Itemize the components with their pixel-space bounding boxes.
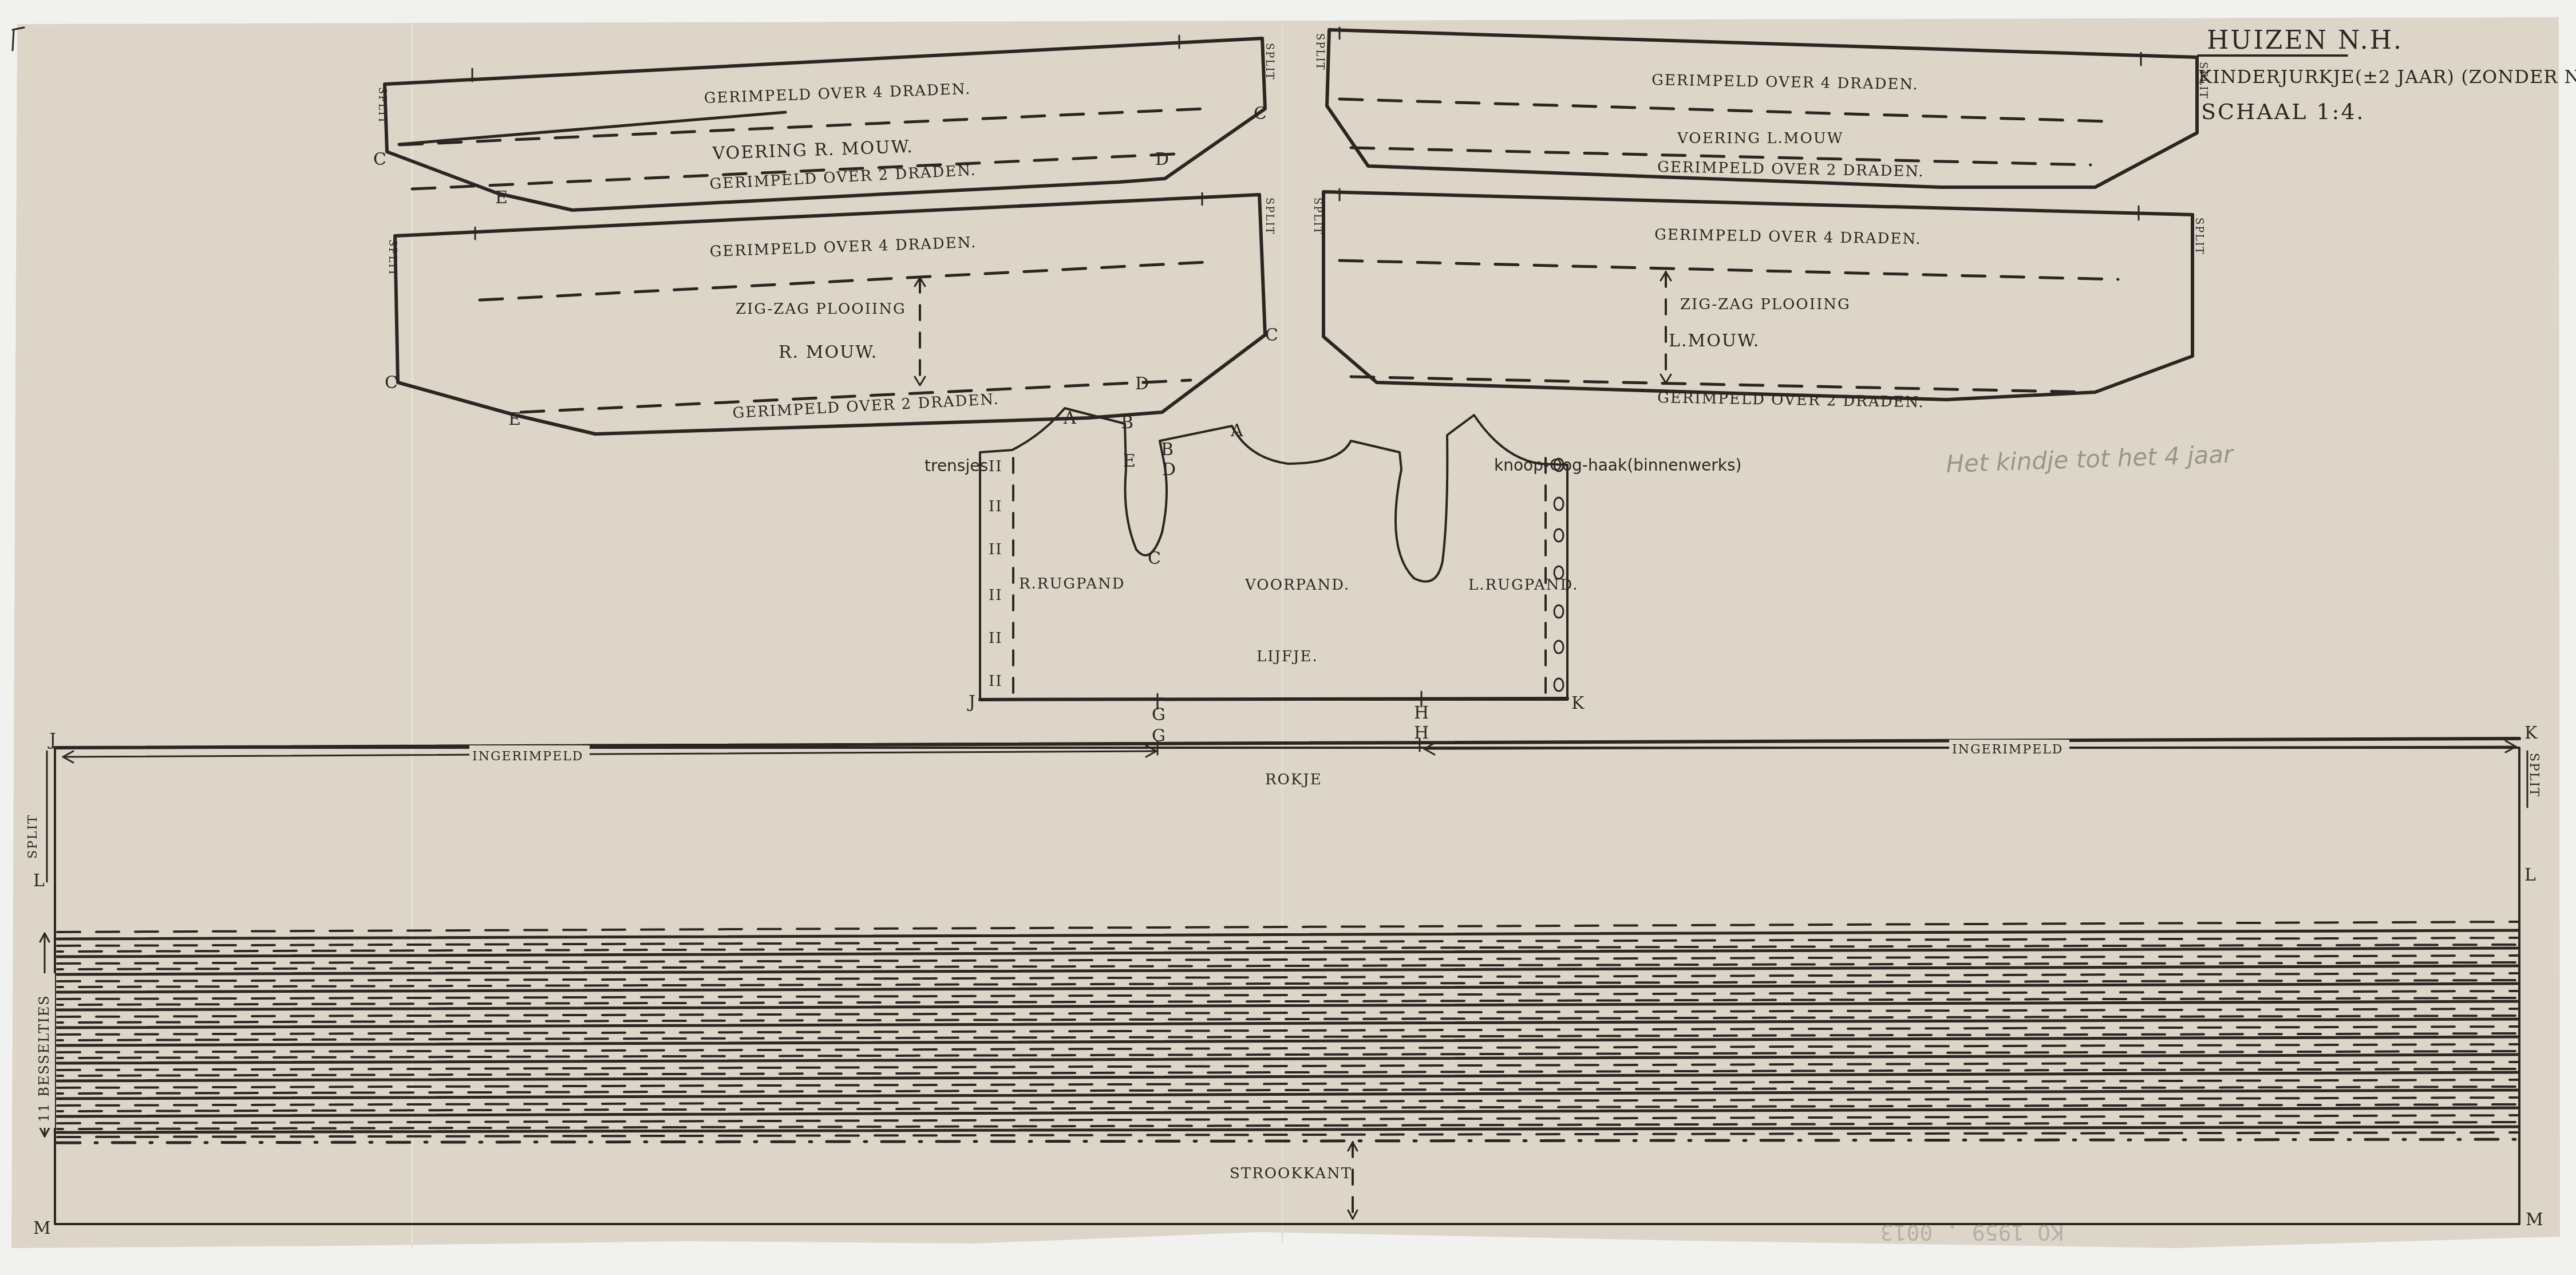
piece-name: L.MOUW. (1669, 331, 1760, 351)
point-d: D (1135, 374, 1149, 394)
piece-name: VOERING L.MOUW (1677, 130, 1843, 147)
point-k: K (2524, 723, 2538, 743)
loop-mark: II (989, 673, 1003, 690)
front-label: VOORPAND. (1244, 577, 1350, 594)
point-m: M (33, 1218, 51, 1238)
point-e: E (1123, 451, 1136, 471)
point-d: D (1162, 460, 1176, 480)
point-g: G (1152, 726, 1165, 746)
title-scale: SCHAAL 1:4. (2201, 99, 2365, 124)
split-label: SPLIT (1314, 33, 1326, 71)
piece-name: R. MOUW. (779, 342, 878, 362)
point-e: E (508, 409, 521, 429)
point-h: H (1414, 703, 1429, 723)
title-location: HUIZEN N.H. (2207, 26, 2403, 55)
point-j: J (967, 692, 975, 712)
closure-note: knoop-Oog-haak(binnenwerks) (1494, 456, 1742, 475)
loop-mark: II (989, 498, 1003, 515)
loops-label: trensjes (924, 456, 988, 475)
pattern-sheet: HUIZEN N.H. KINDERJURKJE(±2 JAAR) (ZONDE… (0, 0, 2576, 1275)
point-e: E (495, 188, 508, 208)
split-label: SPLIT (2197, 62, 2209, 100)
point-j: J (48, 730, 56, 750)
point-c: C (1254, 104, 1267, 124)
skirt-name: ROKJE (1265, 771, 1322, 788)
point-a: A (1063, 408, 1076, 428)
left-back-label: L.RUGPAND. (1468, 577, 1579, 594)
bodice-name: LIJFJE. (1257, 648, 1318, 665)
note-zigzag: ZIG-ZAG PLOOIING (736, 301, 906, 318)
point-l: L (33, 871, 45, 891)
point-h: H (1414, 723, 1429, 743)
split-label: SPLIT (376, 87, 388, 125)
note-zigzag: ZIG-ZAG PLOOIING (1680, 296, 1851, 313)
point-c: C (1148, 548, 1161, 569)
point-k: K (1571, 693, 1585, 713)
point-g: G (1152, 705, 1165, 725)
hem-label: STROOKKANT (1230, 1165, 1352, 1182)
gathered-label-right: INGERIMPELD (1952, 743, 2063, 757)
point-m: M (2526, 1210, 2543, 1230)
loop-mark: II (989, 587, 1003, 604)
split-label: SPLIT (2193, 218, 2205, 255)
split-label-left: SPLIT (26, 814, 40, 859)
stripes-label: 11 BESSELTIES (36, 994, 52, 1122)
point-b: B (1121, 413, 1133, 433)
split-label-right: SPLIT (2527, 753, 2541, 798)
point-c: C (1265, 325, 1278, 345)
point-b: B (1161, 440, 1174, 460)
loop-mark: II (989, 541, 1003, 558)
title-description: KINDERJURKJE(±2 JAAR) (ZONDER NADEN). (2198, 66, 2576, 88)
split-label: SPLIT (1263, 198, 1275, 235)
split-label: SPLIT (1311, 198, 1323, 235)
loop-mark: II (989, 630, 1003, 647)
split-label: SPLIT (386, 239, 398, 277)
point-c: C (385, 373, 398, 393)
point-d: D (1155, 149, 1169, 169)
point-a: A (1230, 421, 1243, 441)
point-l: L (2524, 865, 2536, 885)
loop-mark: II (989, 458, 1003, 475)
inventory-stamp: KO 1959 . 0013 (1880, 1220, 2064, 1245)
gathered-label-left: INGERIMPELD (472, 749, 583, 764)
split-label: SPLIT (1263, 43, 1275, 81)
point-c: C (373, 149, 386, 169)
right-back-label: R.RUGPAND (1019, 575, 1125, 593)
